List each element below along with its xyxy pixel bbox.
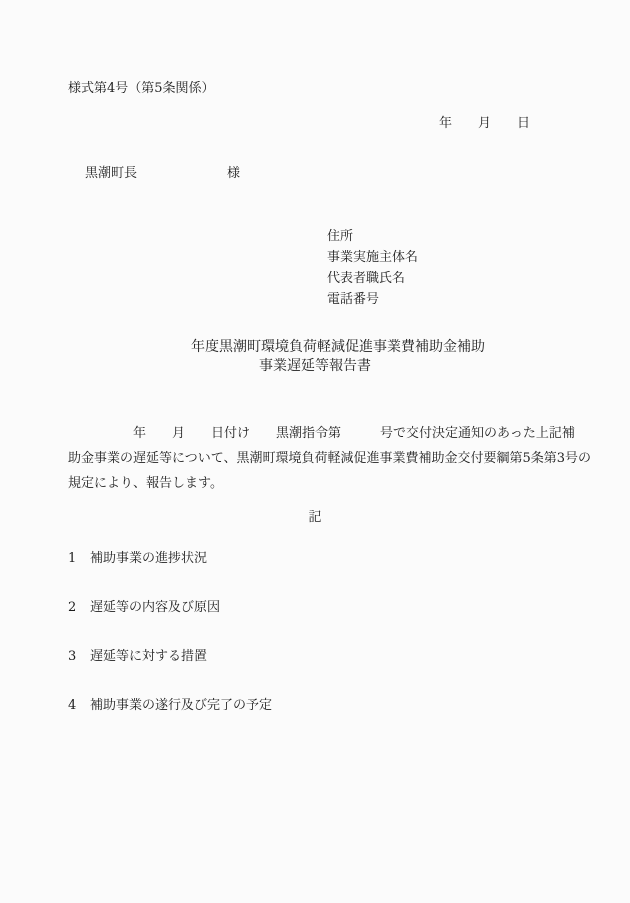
form-number: 様式第4号（第5条関係） (68, 81, 215, 97)
body-line: 規定により、報告します。 (68, 471, 608, 496)
document-page: 様式第4号（第5条関係） 年 月 日 黒潮町長 様 住所 事業実施主体名 代表者… (0, 0, 630, 903)
body-paragraph: 年 月 日付け 黒潮指令第 号で交付決定通知のあった上記補 助金事業の遅延等につ… (68, 421, 608, 496)
list-item-text: 遅延等の内容及び原因 (90, 600, 220, 616)
addressee-honorific: 様 (227, 166, 240, 182)
list-item: 1 補助事業の進捗状況 (68, 551, 207, 567)
document-title-line1: 年度黒潮町環境負荷軽減促進事業費補助金補助 (0, 338, 630, 357)
list-item-number: 4 (68, 698, 90, 714)
sender-field-phone: 電話番号 (327, 289, 418, 310)
ki-marker: 記 (0, 510, 630, 526)
list-item-number: 3 (68, 649, 90, 665)
sender-field-entity-name: 事業実施主体名 (327, 247, 418, 268)
sender-field-address: 住所 (327, 226, 418, 247)
addressee-name: 黒潮町長 (85, 166, 137, 182)
document-title: 年度黒潮町環境負荷軽減促進事業費補助金補助 事業遅延等報告書 (0, 338, 630, 376)
list-item: 2 遅延等の内容及び原因 (68, 600, 220, 616)
list-item: 4 補助事業の遂行及び完了の予定 (68, 698, 272, 714)
list-item-text: 補助事業の遂行及び完了の予定 (90, 698, 272, 714)
body-line: 年 月 日付け 黒潮指令第 号で交付決定通知のあった上記補 (68, 421, 608, 446)
sender-block: 住所 事業実施主体名 代表者職氏名 電話番号 (327, 226, 418, 310)
list-item-text: 補助事業の進捗状況 (90, 551, 207, 567)
document-title-line2: 事業遅延等報告書 (0, 357, 630, 376)
addressee-line: 黒潮町長 様 (85, 166, 240, 182)
list-item-number: 1 (68, 551, 90, 567)
sender-field-representative: 代表者職氏名 (327, 268, 418, 289)
list-item: 3 遅延等に対する措置 (68, 649, 207, 665)
list-item-number: 2 (68, 600, 90, 616)
list-item-text: 遅延等に対する措置 (90, 649, 207, 665)
date-line: 年 月 日 (439, 116, 530, 132)
body-line: 助金事業の遅延等について、黒潮町環境負荷軽減促進事業費補助金交付要綱第5条第3号… (68, 446, 608, 471)
